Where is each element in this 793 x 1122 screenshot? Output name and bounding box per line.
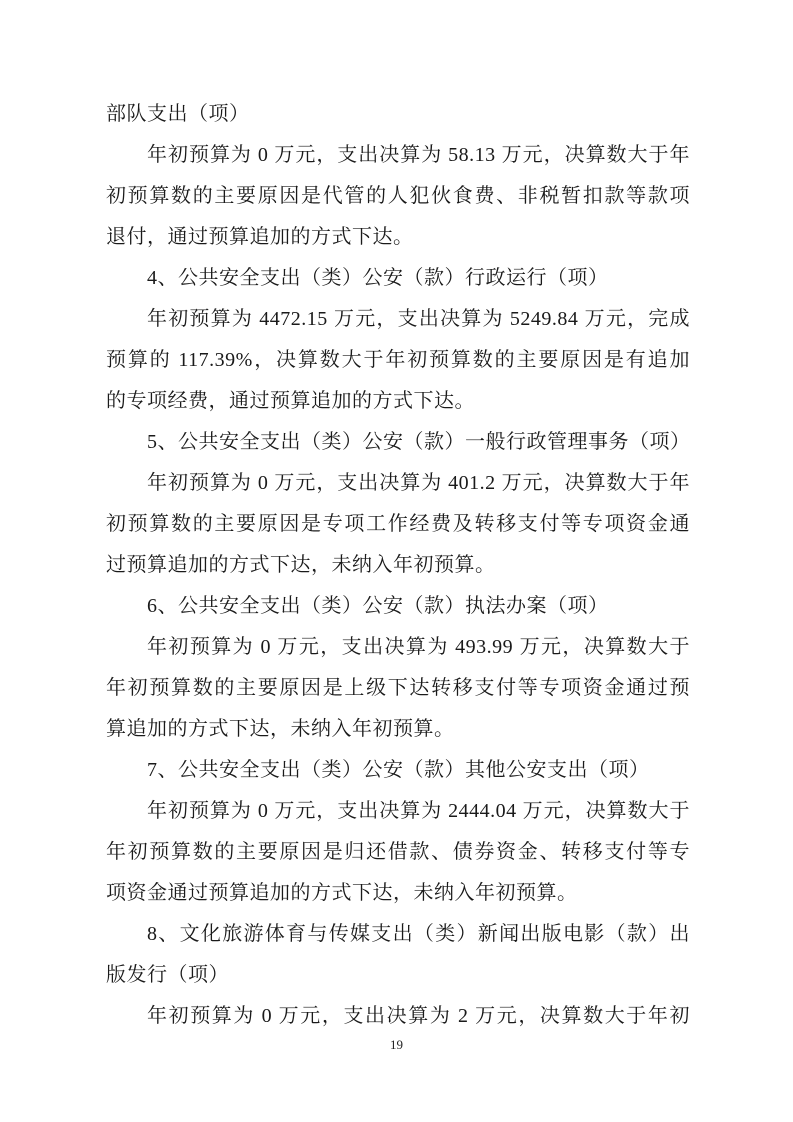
- text-line: 7、公共安全支出（类）公安（款）其他公安支出（项）: [106, 750, 690, 791]
- paragraph: 年初预算为 0 万元，支出决算为 58.13 万元，决算数大于年初预算数的主要原…: [106, 135, 690, 258]
- text-line: 部队支出（项）: [106, 94, 690, 135]
- text-line: 的专项经费，通过预算追加的方式下达。: [106, 381, 690, 422]
- paragraph: 年初预算为 0 万元，支出决算为 493.99 万元，决算数大于年初预算数的主要…: [106, 627, 690, 750]
- text-line: 年初预算为 4472.15 万元，支出决算为 5249.84 万元，完成: [106, 299, 690, 340]
- text-line: 年初预算为 0 万元，支出决算为 401.2 万元，决算数大于年: [106, 463, 690, 504]
- text-line: 年初预算为 0 万元，支出决算为 493.99 万元，决算数大于: [106, 627, 690, 668]
- text-line: 算追加的方式下达，未纳入年初预算。: [106, 709, 690, 750]
- text-line: 初预算数的主要原因是专项工作经费及转移支付等专项资金通: [106, 504, 690, 545]
- text-line: 年初预算数的主要原因是归还借款、债券资金、转移支付等专: [106, 832, 690, 873]
- text-line: 项资金通过预算追加的方式下达，未纳入年初预算。: [106, 873, 690, 914]
- text-line: 年初预算为 0 万元，支出决算为 2444.04 万元，决算数大于: [106, 791, 690, 832]
- text-line: 版发行（项）: [106, 955, 690, 996]
- text-line: 年初预算为 0 万元，支出决算为 2 万元，决算数大于年初: [106, 996, 690, 1037]
- text-line: 4、公共安全支出（类）公安（款）行政运行（项）: [106, 258, 690, 299]
- paragraph: 6、公共安全支出（类）公安（款）执法办案（项）: [106, 586, 690, 627]
- text-line: 8、文化旅游体育与传媒支出（类）新闻出版电影（款）出: [106, 914, 690, 955]
- document-body: 部队支出（项）年初预算为 0 万元，支出决算为 58.13 万元，决算数大于年初…: [106, 94, 690, 1037]
- text-line: 年初预算数的主要原因是上级下达转移支付等专项资金通过预: [106, 668, 690, 709]
- paragraph: 年初预算为 0 万元，支出决算为 2 万元，决算数大于年初: [106, 996, 690, 1037]
- document-page: 部队支出（项）年初预算为 0 万元，支出决算为 58.13 万元，决算数大于年初…: [0, 0, 793, 1122]
- text-line: 6、公共安全支出（类）公安（款）执法办案（项）: [106, 586, 690, 627]
- text-line: 预算的 117.39%，决算数大于年初预算数的主要原因是有追加: [106, 340, 690, 381]
- paragraph: 部队支出（项）: [106, 94, 690, 135]
- paragraph: 年初预算为 0 万元，支出决算为 401.2 万元，决算数大于年初预算数的主要原…: [106, 463, 690, 586]
- text-line: 年初预算为 0 万元，支出决算为 58.13 万元，决算数大于年: [106, 135, 690, 176]
- text-line: 5、公共安全支出（类）公安（款）一般行政管理事务（项）: [106, 422, 690, 463]
- paragraph: 4、公共安全支出（类）公安（款）行政运行（项）: [106, 258, 690, 299]
- paragraph: 8、文化旅游体育与传媒支出（类）新闻出版电影（款）出版发行（项）: [106, 914, 690, 996]
- paragraph: 年初预算为 0 万元，支出决算为 2444.04 万元，决算数大于年初预算数的主…: [106, 791, 690, 914]
- text-line: 初预算数的主要原因是代管的人犯伙食费、非税暂扣款等款项: [106, 176, 690, 217]
- page-number: 19: [0, 1036, 793, 1054]
- text-line: 退付，通过预算追加的方式下达。: [106, 217, 690, 258]
- paragraph: 年初预算为 4472.15 万元，支出决算为 5249.84 万元，完成预算的 …: [106, 299, 690, 422]
- paragraph: 5、公共安全支出（类）公安（款）一般行政管理事务（项）: [106, 422, 690, 463]
- paragraph: 7、公共安全支出（类）公安（款）其他公安支出（项）: [106, 750, 690, 791]
- text-line: 过预算追加的方式下达，未纳入年初预算。: [106, 545, 690, 586]
